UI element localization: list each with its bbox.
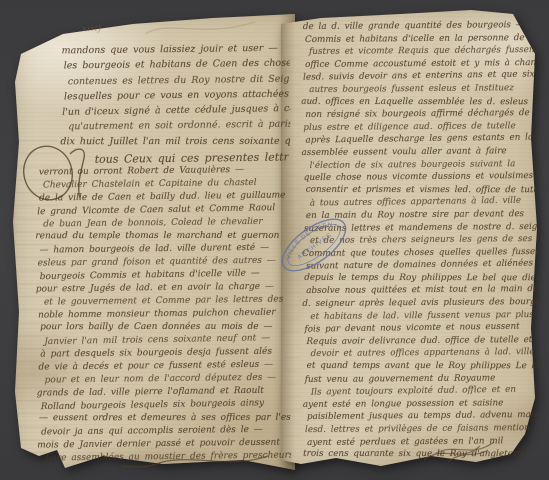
manuscript-line: faire assemblées au moustier des frères … (45, 449, 291, 465)
text-block-left-top: mandons que vous laissiez jouir et user … (60, 41, 291, 150)
manuscript-line: autres bourgeois fussent esleus et Insti… (309, 82, 537, 97)
archive-stamp: VILLE DE CAEN ARCHIVES (272, 212, 356, 278)
text-block-left-main: tous Ceux qui ces presentes lettres —ver… (35, 151, 292, 465)
scan-background: xiiij mandons que vous laissiez jouir et… (0, 0, 549, 480)
manuscript-line: et quand temps avant que le Roy philippe… (307, 360, 539, 373)
manuscript-line: qu'autrement en soit ordonné. escrit à p… (68, 117, 290, 135)
manuscript-line: devoir et autres offices appartenans à l… (311, 346, 539, 361)
manuscript-line: dix huict Juillet l'an mil trois cens so… (60, 134, 290, 150)
manuscript-line: trois cens quarante six que le Roy d'ang… (303, 448, 539, 461)
folio-number: xiiij (82, 24, 102, 34)
manuscript-line: quelle chose nous vicomte dussions et vo… (304, 170, 538, 185)
